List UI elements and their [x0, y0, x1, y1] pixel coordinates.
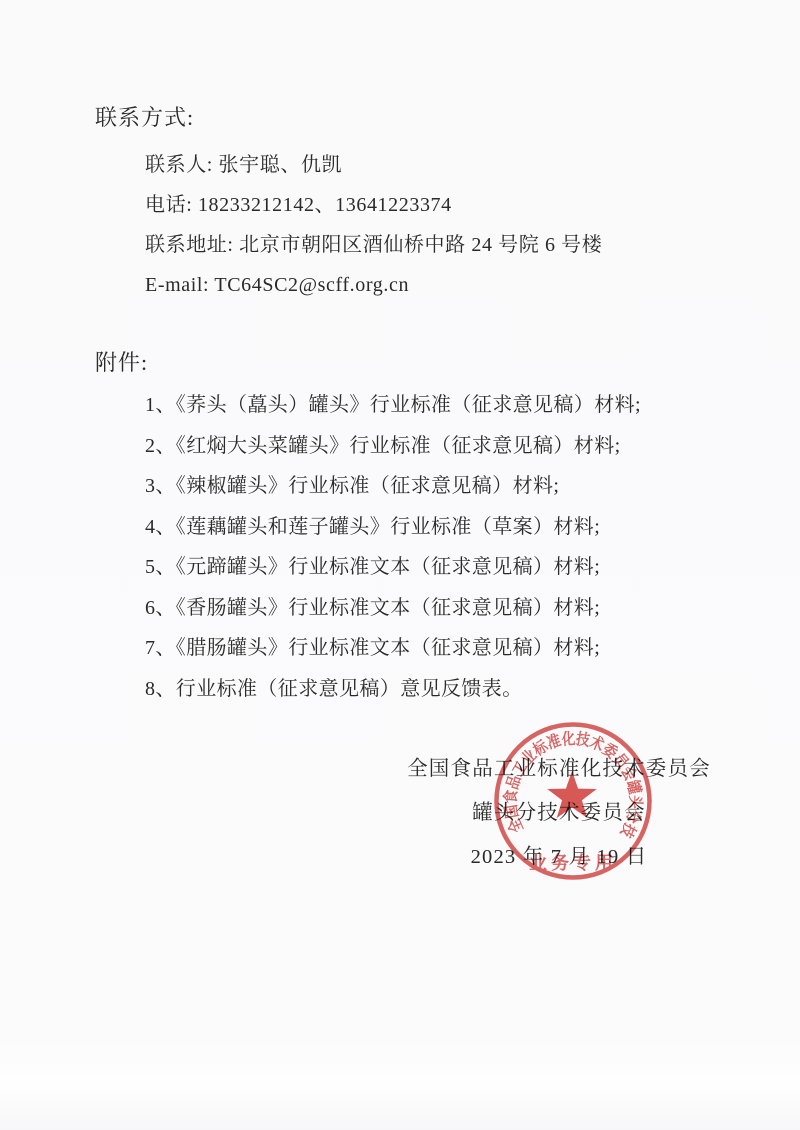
attachment-item: 6、《香肠罐头》行业标准文本（征求意见稿）材料;: [145, 588, 641, 629]
contact-line: 电话: 18233212142、13641223374: [145, 185, 602, 225]
signature-date: 2023 年 7 月 19 日: [403, 835, 715, 879]
attachment-item: 8、行业标准（征求意见稿）意见反馈表。: [145, 669, 641, 710]
attachment-item: 3、《辣椒罐头》行业标准（征求意见稿）材料;: [145, 466, 641, 507]
attachment-item: 2、《红焖大头菜罐头》行业标准（征求意见稿）材料;: [145, 426, 641, 467]
contact-section-heading: 联系方式:: [95, 101, 194, 132]
org-name-line-1: 全国食品工业标准化技术委员会: [403, 747, 715, 791]
attachments-list: 1、《荞头（藠头）罐头》行业标准（征求意见稿）材料;2、《红焖大头菜罐头》行业标…: [145, 385, 641, 709]
signature-block: 全国食品工业标准化技术委员会 罐头分技术委员会 2023 年 7 月 19 日: [403, 747, 715, 879]
attachment-item: 7、《腊肠罐头》行业标准文本（征求意见稿）材料;: [145, 628, 641, 669]
attachment-item: 5、《元蹄罐头》行业标准文本（征求意见稿）材料;: [145, 547, 641, 588]
attachments-section-heading: 附件:: [95, 346, 148, 377]
attachment-item: 4、《莲藕罐头和莲子罐头》行业标准（草案）材料;: [145, 507, 641, 548]
attachment-item: 1、《荞头（藠头）罐头》行业标准（征求意见稿）材料;: [145, 385, 641, 426]
org-name-line-2: 罐头分技术委员会: [403, 791, 715, 835]
scanned-document-page: 联系方式: 联系人: 张宇聪、仇凯电话: 18233212142、1364122…: [0, 0, 800, 1130]
contact-line: 联系人: 张宇聪、仇凯: [145, 145, 602, 185]
contact-line: E-mail: TC64SC2@scff.org.cn: [145, 265, 602, 305]
contact-lines: 联系人: 张宇聪、仇凯电话: 18233212142、13641223374联系…: [145, 145, 602, 305]
contact-line: 联系地址: 北京市朝阳区酒仙桥中路 24 号院 6 号楼: [145, 225, 602, 265]
